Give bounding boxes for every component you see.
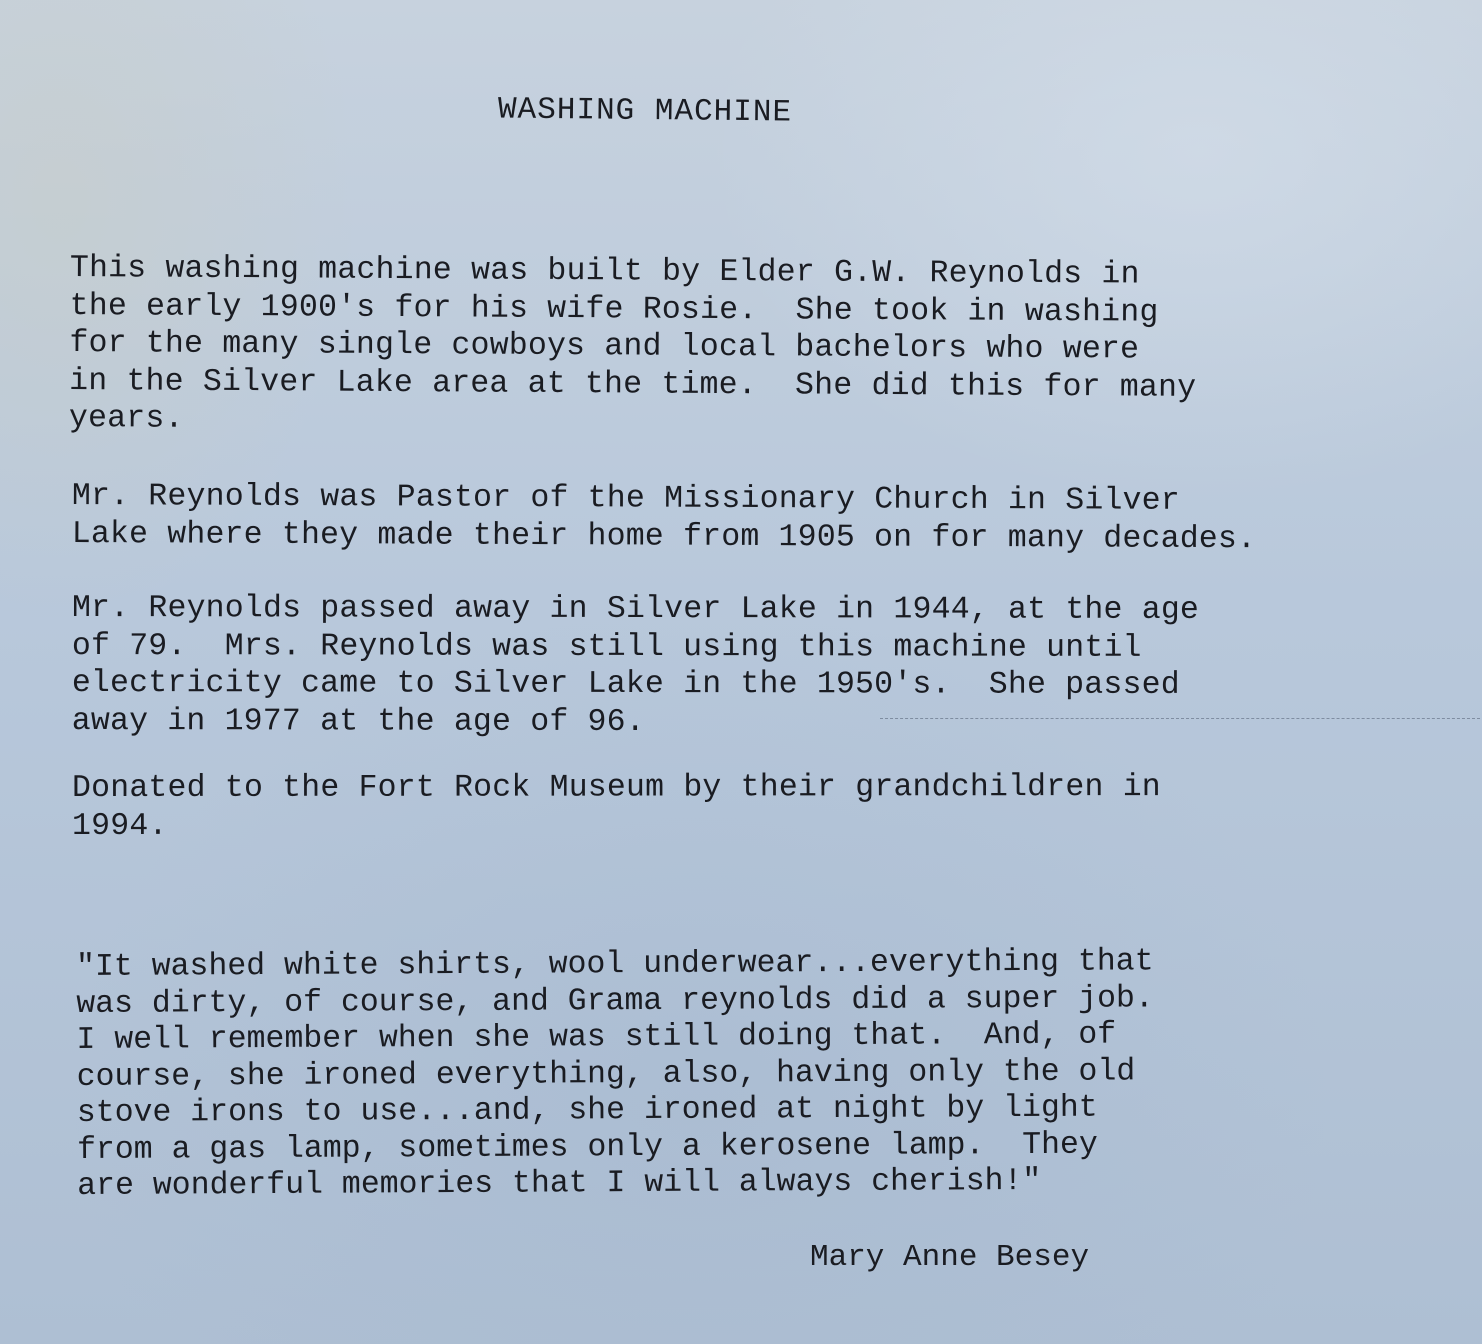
text-line: Mr. Reynolds passed away in Silver Lake … <box>72 590 1199 629</box>
text-line: 1994. <box>72 807 1161 845</box>
text-line: Mr. Reynolds was Pastor of the Missionar… <box>72 478 1257 521</box>
text-line: course, she ironed everything, also, hav… <box>77 1054 1155 1096</box>
text-line: This washing machine was built by Elder … <box>70 250 1197 294</box>
text-line: stove irons to use...and, she ironed at … <box>77 1090 1155 1132</box>
text-line: Donated to the Fort Rock Museum by their… <box>72 769 1161 807</box>
museum-placard: WASHING MACHINE This washing machine was… <box>0 0 1482 1344</box>
paragraph-passing: Mr. Reynolds passed away in Silver Lake … <box>72 590 1199 742</box>
paragraph-donation: Donated to the Fort Rock Museum by their… <box>72 769 1161 845</box>
text-line: of 79. Mrs. Reynolds was still using thi… <box>72 627 1199 666</box>
text-line: years. <box>69 400 1196 444</box>
text-line: was dirty, of course, and Grama reynolds… <box>76 981 1154 1023</box>
paragraph-pastor: Mr. Reynolds was Pastor of the Missionar… <box>72 478 1257 558</box>
text-line: I well remember when she was still doing… <box>76 1017 1154 1059</box>
text-line: "It washed white shirts, wool underwear.… <box>76 944 1154 986</box>
text-line: electricity came to Silver Lake in the 1… <box>72 665 1199 704</box>
text-line: in the Silver Lake area at the time. She… <box>69 362 1196 406</box>
text-line: from a gas lamp, sometimes only a kerose… <box>77 1127 1155 1169</box>
paragraph-history: This washing machine was built by Elder … <box>69 250 1197 444</box>
text-line: away in 1977 at the age of 96. <box>72 702 1199 741</box>
quote-attribution: Mary Anne Besey <box>810 1240 1089 1275</box>
placard-title: WASHING MACHINE <box>498 92 792 130</box>
text-line: Lake where they made their home from 190… <box>72 515 1257 558</box>
text-line: are wonderful memories that I will alway… <box>77 1163 1155 1205</box>
text-line: for the many single cowboys and local ba… <box>69 325 1196 369</box>
quote-block: "It washed white shirts, wool underwear.… <box>76 944 1155 1205</box>
